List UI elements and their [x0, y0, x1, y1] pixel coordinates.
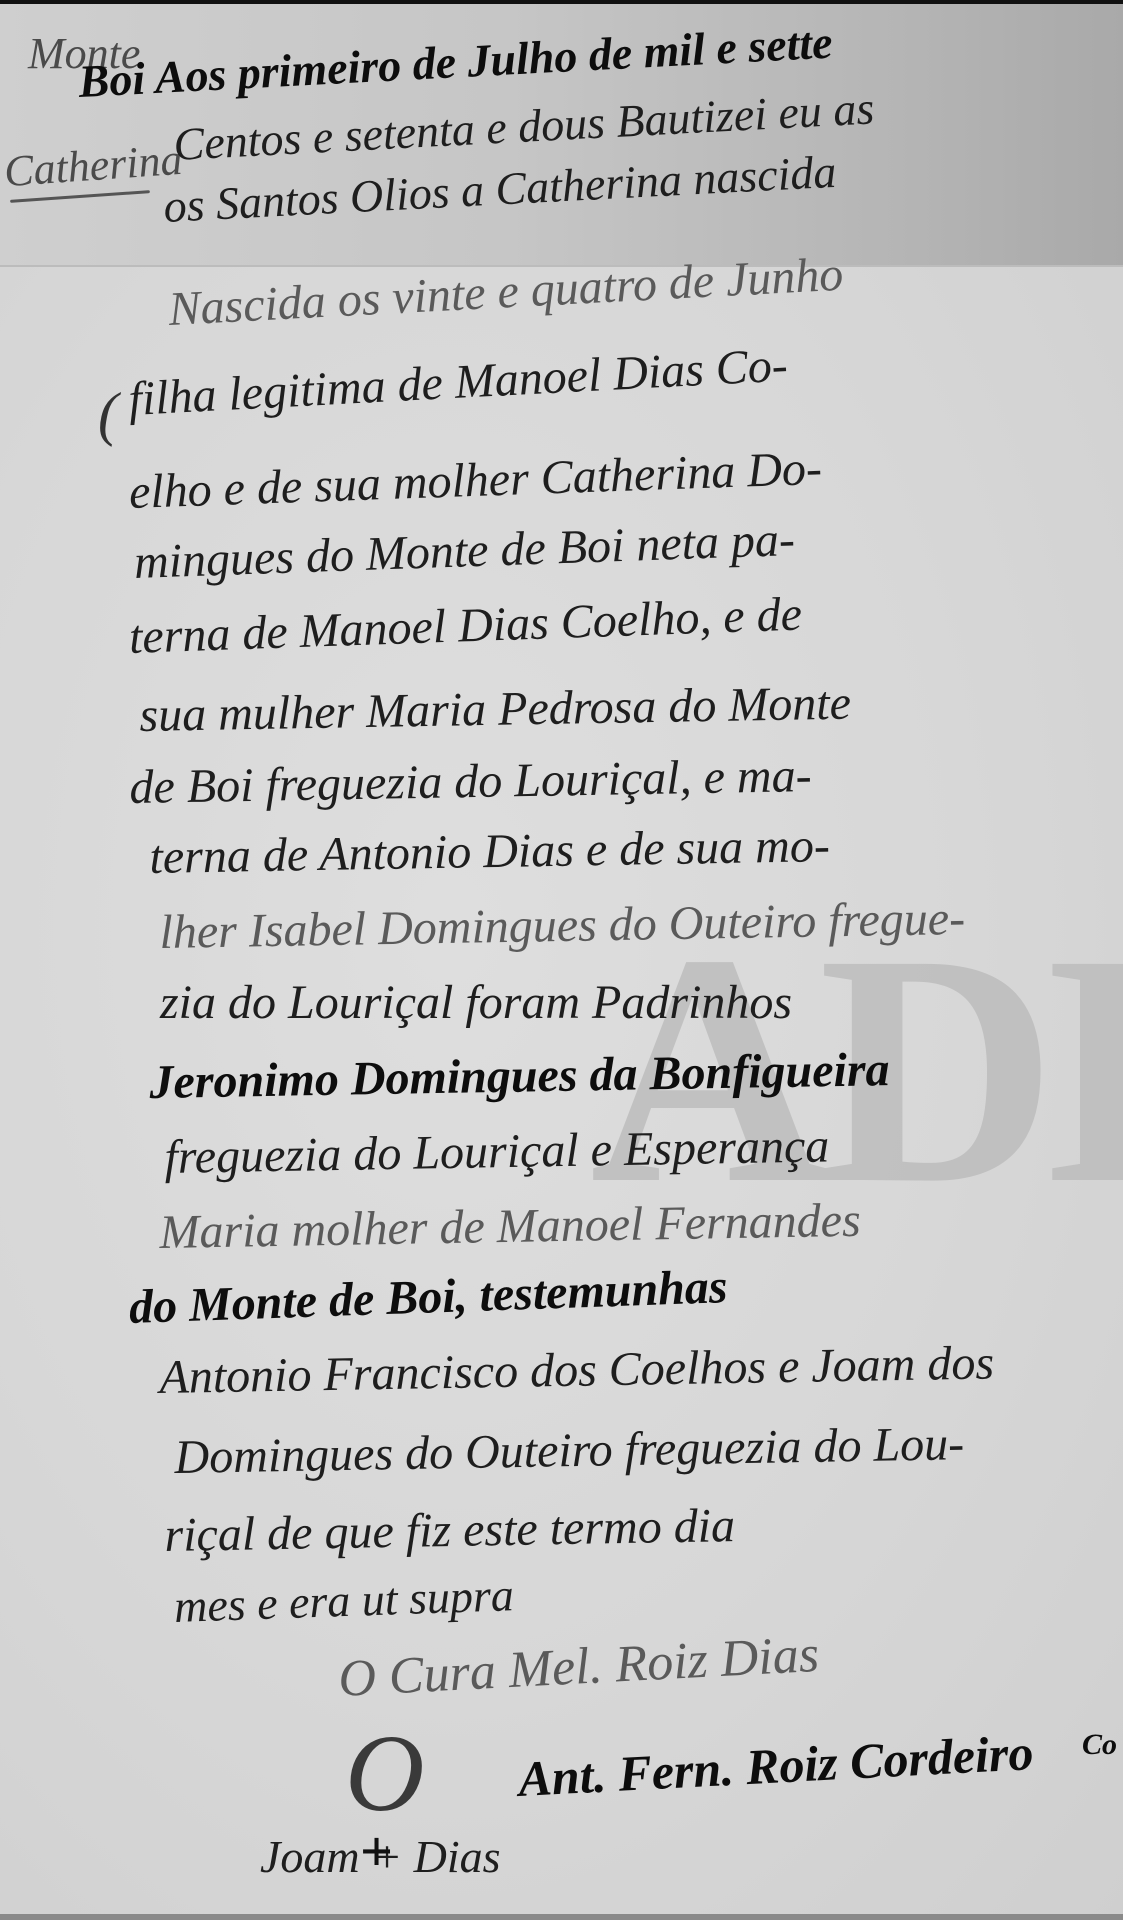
- line-bracket-1: (: [98, 380, 118, 449]
- record-line-12: freguezia do Louriçal e Esperança: [164, 1118, 830, 1185]
- cross-mark-icon: +: [360, 1818, 393, 1885]
- scan-bottom-edge: [0, 1914, 1123, 1920]
- record-line-17: riçal de que fiz este termo dia: [164, 1498, 735, 1563]
- record-line-10: zia do Louriçal foram Padrinhos: [160, 975, 792, 1030]
- witness-superscript: Co: [1082, 1728, 1117, 1762]
